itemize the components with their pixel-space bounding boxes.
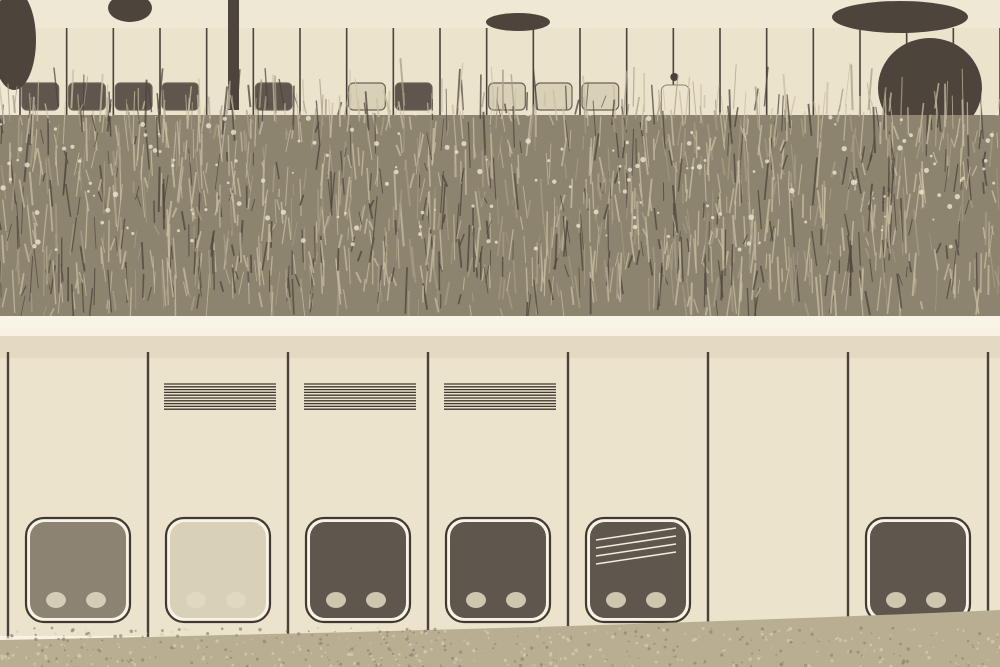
grass-speck [11,654,14,657]
grass-blade [786,94,787,141]
grass-speck [570,638,572,640]
grass-speck [596,649,598,651]
grass-blade [649,278,650,312]
grass-blade [755,298,756,318]
grass-blade [518,155,519,179]
grass-blade [358,147,359,166]
grass-speck [560,658,562,660]
grass-speck [899,643,902,646]
grass-blade [154,201,155,223]
grass-speck [570,636,572,638]
window-glass [310,522,406,618]
grass-speck [653,643,655,645]
wildflower [748,214,754,220]
grass-blade [480,75,481,119]
grass-speck [681,659,683,661]
grass-blade [488,158,489,169]
wildflower [461,141,466,146]
grass-speck [891,627,894,630]
wildflower [351,242,355,246]
grass-blade [396,232,397,259]
grass-speck [387,647,391,651]
grass-speck [931,635,932,636]
grass-speck [455,657,458,660]
grass-speck [93,649,94,650]
grass-speck [666,629,669,632]
grass-blade [545,92,546,106]
grass-speck [135,630,137,632]
grass-speck [10,634,13,637]
wildflower [93,195,95,197]
wildflower [0,185,5,190]
wildflower [486,159,488,161]
wildflower [113,192,118,197]
grass-speck [907,647,910,650]
grass-speck [269,635,270,636]
grass-speck [1,657,4,660]
grass-speck [88,635,91,638]
grass-speck [380,659,382,661]
grass-speck [66,640,69,643]
grass-blade [748,153,749,200]
wildflower [635,164,639,168]
wildflower [337,216,340,219]
grass-speck [230,657,232,659]
grass-blade [698,211,699,246]
grass-speck [326,634,328,636]
grass-speck [6,652,9,655]
grass-blade [293,184,294,196]
wildflower [32,244,37,249]
wildflower [552,180,556,184]
grass-speck [132,661,134,663]
grass-speck [55,657,58,660]
grass-blade [704,273,705,308]
grass-speck [709,630,712,633]
grass-speck [324,651,326,653]
grass-speck [80,638,82,640]
wildflower [753,170,756,173]
grass-blade [270,232,271,242]
window [22,83,59,110]
grass-speck [536,635,539,638]
wildflower [418,232,422,236]
wildflower [394,170,399,175]
grass-blade [731,244,732,286]
grass-speck [413,632,415,634]
grass-speck [412,648,415,651]
wildflower [55,110,58,113]
grass-speck [626,650,628,652]
grass-speck [761,633,764,636]
wildflower [171,164,174,167]
grass-speck [636,628,637,629]
grass-speck [757,657,760,660]
grass-speck [860,632,862,634]
grass-speck [871,632,873,634]
grass-speck [224,648,227,651]
grass-blade [725,230,726,276]
wildflower [16,159,19,162]
grass-speck [899,655,901,657]
grass-speck [118,646,120,648]
grass-speck [811,633,814,636]
grass-speck [97,649,99,651]
grass-speck [655,661,658,664]
wildflower [900,118,903,121]
window [26,518,130,622]
grass-speck [406,628,409,631]
grass-blade [605,178,606,193]
wildflower [7,162,11,166]
wildflower [535,179,538,182]
grass-speck [787,639,790,642]
grass-speck [758,649,760,651]
grass-speck [6,636,9,639]
grass-speck [844,639,847,642]
grass-speck [908,629,909,630]
grass-speck [353,662,356,665]
grass-blade [598,173,599,190]
grass-speck [589,655,592,658]
grass-speck [579,664,581,666]
grass-speck [879,661,881,663]
grass-blade [209,96,210,118]
grass-speck [398,664,400,666]
grass-speck [347,638,348,639]
wildflower [490,205,494,209]
wildflower [62,147,66,151]
grass-speck [256,658,259,661]
chair [506,592,526,608]
grass-speck [200,639,202,641]
grass-speck [393,655,395,657]
wildflower [486,239,490,243]
grass-speck [45,646,48,649]
wildflower [140,122,145,127]
grass-blade [579,209,580,233]
wildflower [206,123,211,128]
wildflower [627,178,631,182]
grass-speck [159,641,161,643]
grass-speck [45,657,48,660]
wildflower [619,165,622,168]
grass-blade [633,67,634,107]
grass-speck [334,631,335,632]
grass-speck [488,637,490,639]
grass-speck [677,659,679,661]
grass-speck [403,633,404,634]
grass-speck [773,631,775,633]
grass-speck [486,631,489,634]
grass-speck [460,659,462,661]
grass-speck [251,639,252,640]
grass-speck [327,644,329,646]
grass-speck [210,656,212,658]
wildflower [719,212,722,215]
wildflower [992,182,995,185]
grass-speck [996,633,999,636]
grass-speck [105,657,108,660]
grass-speck [71,628,74,631]
grass-blade [789,171,790,190]
grass-speck [517,636,519,638]
grass-speck [723,634,725,636]
wildflower [628,168,632,172]
grass-speck [25,656,28,659]
grass-speck [968,662,969,663]
grass-speck [889,638,891,640]
wildflower [633,216,636,219]
grass-speck [37,643,40,646]
grass-speck [38,629,39,630]
wildflower [190,209,192,211]
grass-speck [874,649,876,651]
wildflower [344,212,347,215]
grass-speck [803,642,804,643]
wildflower [109,112,113,116]
grass-speck [163,635,165,637]
grass-speck [230,651,231,652]
grass-speck [274,664,276,666]
wildflower [832,171,836,175]
grass-speck [453,661,455,663]
grass-speck [818,639,820,641]
wildflower [930,155,933,158]
wildflower [177,229,180,232]
grass-speck [831,659,834,662]
grass-speck [54,632,57,635]
grass-speck [472,649,475,652]
grass-speck [280,663,284,667]
grass-blade [293,86,294,131]
grass-speck [173,644,177,648]
bottom-photograph [0,328,1000,667]
grass-speck [81,646,84,649]
grass-speck [327,657,328,658]
wildflower [192,213,194,215]
grass-blade [922,161,923,194]
grass-speck [33,663,36,666]
wildflower [430,110,434,114]
wildflower [131,232,134,235]
grass-blade [240,233,241,263]
grass-speck [311,634,313,636]
grass-speck [181,645,184,648]
grass-speck [593,629,595,631]
background-canopy [832,1,968,33]
grass-speck [171,631,173,633]
grass-speck [694,662,697,665]
grass-speck [628,640,630,642]
wildflower [261,178,265,182]
grass-speck [203,653,204,654]
grass-speck [780,663,783,666]
grass-speck [787,629,789,631]
grass-blade [163,184,164,230]
window [446,518,550,622]
grass-speck [444,630,447,633]
wildflower [625,141,629,145]
grass-speck [957,628,959,630]
grass-speck [155,656,157,658]
grass-speck [239,627,242,630]
grass-speck [291,637,292,638]
wildflower [495,241,498,244]
grass-speck [741,636,744,639]
grass-blade [56,204,57,246]
grass-speck [523,653,526,656]
grass-speck [972,646,974,648]
grass-blade [862,268,863,300]
wildflower [872,197,874,199]
wildflower [144,133,148,137]
wildflower [326,154,329,157]
chair [226,592,246,608]
wildflower [612,149,614,151]
grass-speck [70,660,72,662]
grass-blade [489,265,490,288]
wildflower [395,166,397,168]
grass-speck [710,628,711,629]
grass-speck [987,637,990,640]
grass-speck [146,633,148,635]
grass-speck [762,637,764,639]
grass-speck [424,650,428,654]
grass-speck [85,630,87,632]
wildflower [385,182,389,186]
grass-blade [405,160,406,170]
grass-blade [583,136,584,151]
grass-blade [338,248,339,271]
wildflower [933,162,936,165]
grass-speck [244,653,247,656]
grass-speck [549,636,551,638]
grass-speck [347,653,351,657]
grass-speck [405,637,408,640]
wildflower [419,225,422,228]
grass-speck [564,657,567,660]
grass-speck [618,628,620,630]
grass-speck [543,642,545,644]
grass-speck [728,638,731,641]
grass-speck [492,647,494,649]
grass-blade [827,82,828,114]
grass-speck [629,656,630,657]
grass-speck [443,645,446,648]
grass-speck [278,658,281,661]
grass-blade [566,86,567,110]
grass-speck [669,663,672,666]
grass-speck [798,629,801,632]
grass-speck [380,633,382,635]
grass-speck [187,629,189,631]
grass-speck [49,644,51,646]
grass-speck [851,638,853,640]
wildflower [932,219,934,221]
grass-speck [116,660,119,663]
grass-speck [863,656,865,658]
grass-speck [221,627,224,630]
grass-blade [962,100,963,147]
grass-speck [607,631,608,632]
grass-speck [978,665,980,667]
grass-speck [405,657,407,659]
grass-speck [299,648,302,651]
chair [926,592,946,608]
wildflower [78,159,82,163]
grass-speck [987,659,989,661]
grass-blade [143,274,144,298]
grass-blade [271,221,272,248]
grass-blade [706,307,707,315]
grass-speck [863,642,866,645]
grass-speck [828,640,830,642]
window [395,83,432,110]
grass-speck [386,634,388,636]
grass-speck [530,646,533,649]
grass-blade [778,219,779,235]
grass-speck [778,630,780,632]
wildflower [640,157,645,162]
grass-speck [251,653,253,655]
grass-speck [523,647,526,650]
wildflower [434,209,436,211]
grass-blade [456,165,457,177]
wildflower [618,181,620,183]
grass-blade [608,209,609,251]
grass-speck [587,643,590,646]
grass-speck [935,632,937,634]
grass-speck [415,654,418,657]
grass-blade [985,212,986,245]
grass-speck [624,631,627,634]
grass-speck [34,638,37,641]
wildflower [576,224,580,228]
wildflower [464,111,468,115]
building-wall [20,28,1000,128]
wildflower [560,148,563,151]
grass-speck [317,627,320,630]
grass-speck [881,658,883,660]
grass-speck [435,639,437,641]
grass-speck [849,650,852,653]
grass-speck [977,642,979,644]
grass-blade [7,232,8,251]
grass-speck [674,655,676,657]
wildflower [747,241,751,245]
wildflower [525,111,530,116]
wildflower [697,164,702,169]
grass-speck [178,628,181,631]
grass-speck [206,632,209,635]
wildflower [919,190,924,195]
grass-blade [828,243,829,255]
grass-blade [212,237,213,274]
grass-speck [113,635,116,638]
grass-speck [905,660,908,663]
grass-speck [698,636,700,638]
grass-speck [396,661,397,662]
window-glass [450,522,546,618]
grass-blade [115,183,116,224]
grass-speck [422,646,424,648]
grass-speck [741,661,743,663]
grass-speck [494,643,496,645]
grass-speck [893,653,895,655]
grass-speck [919,645,922,648]
grass-speck [418,660,421,663]
